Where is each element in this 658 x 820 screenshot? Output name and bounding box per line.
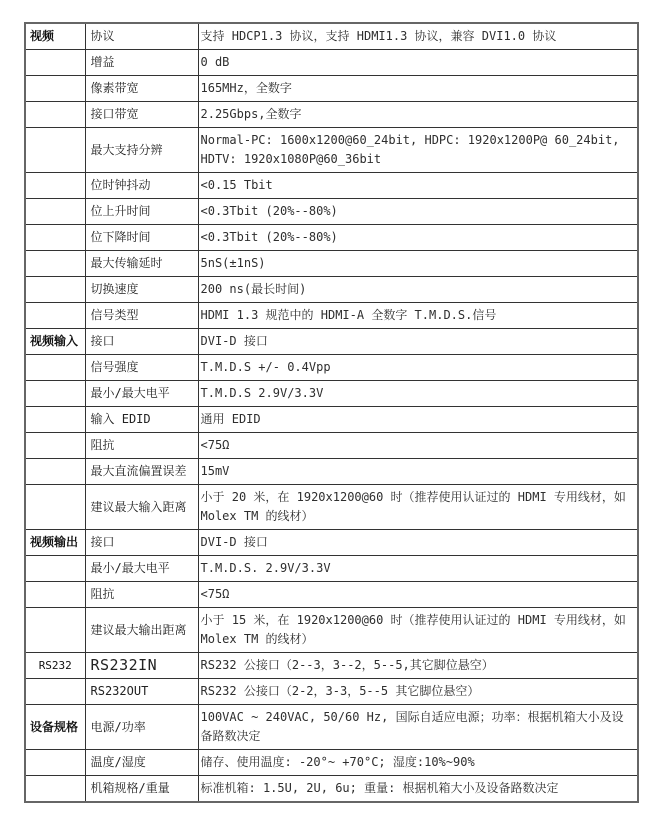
spec-row: 位上升时间 <0.3Tbit (20%--80%): [25, 199, 638, 225]
param-cell: 接口: [85, 329, 198, 355]
param-cell: 阻抗: [85, 582, 198, 608]
category-cell: 视频: [25, 23, 85, 50]
value-cell: 2.25Gbps,全数字: [198, 102, 638, 128]
spec-row: 最大支持分辨 Normal-PC: 1600x1200@60_24bit, HD…: [25, 128, 638, 173]
param-cell: 位下降时间: [85, 225, 198, 251]
spec-row: 增益 0 dB: [25, 50, 638, 76]
param-cell: 机箱规格/重量: [85, 776, 198, 803]
spec-row: 视频 协议 支持 HDCP1.3 协议，支持 HDMI1.3 协议，兼容 DVI…: [25, 23, 638, 50]
category-cell: [25, 225, 85, 251]
value-cell: RS232 公接口（2--3，3--2，5--5,其它脚位悬空）: [198, 653, 638, 679]
spec-row: RS232OUT RS232 公接口（2-2，3-3，5--5 其它脚位悬空）: [25, 679, 638, 705]
category-cell: [25, 303, 85, 329]
value-cell: 通用 EDID: [198, 407, 638, 433]
spec-row: 设备规格 电源/功率 100VAC ~ 240VAC, 50/60 Hz, 国际…: [25, 705, 638, 750]
category-cell: [25, 102, 85, 128]
param-cell: 信号类型: [85, 303, 198, 329]
category-cell: 视频输出: [25, 530, 85, 556]
category-cell: [25, 679, 85, 705]
value-cell: 200 ns(最长时间): [198, 277, 638, 303]
category-cell: [25, 173, 85, 199]
param-cell: 输入 EDID: [85, 407, 198, 433]
value-cell: <0.3Tbit (20%--80%): [198, 225, 638, 251]
value-cell: HDMI 1.3 规范中的 HDMI-A 全数字 T.M.D.S.信号: [198, 303, 638, 329]
value-cell: <0.15 Tbit: [198, 173, 638, 199]
spec-row: 最大直流偏置误差 15mV: [25, 459, 638, 485]
value-cell: 100VAC ~ 240VAC, 50/60 Hz, 国际自适应电源；功率：根据…: [198, 705, 638, 750]
category-cell: [25, 485, 85, 530]
param-cell: 最大直流偏置误差: [85, 459, 198, 485]
spec-row: 最小/最大电平 T.M.D.S 2.9V/3.3V: [25, 381, 638, 407]
param-cell: 协议: [85, 23, 198, 50]
category-cell: [25, 433, 85, 459]
value-cell: 0 dB: [198, 50, 638, 76]
param-cell: 温度/湿度: [85, 750, 198, 776]
value-cell: RS232 公接口（2-2，3-3，5--5 其它脚位悬空）: [198, 679, 638, 705]
param-cell: 像素带宽: [85, 76, 198, 102]
category-cell: [25, 355, 85, 381]
category-cell: [25, 199, 85, 225]
param-cell: 最大支持分辨: [85, 128, 198, 173]
spec-row: 最大传输延时 5nS(±1nS): [25, 251, 638, 277]
category-cell: [25, 556, 85, 582]
value-cell: Normal-PC: 1600x1200@60_24bit, HDPC: 192…: [198, 128, 638, 173]
category-cell: [25, 582, 85, 608]
spec-row: 像素带宽 165MHz，全数字: [25, 76, 638, 102]
param-cell: RS232OUT: [85, 679, 198, 705]
category-cell: [25, 251, 85, 277]
spec-row: 位下降时间 <0.3Tbit (20%--80%): [25, 225, 638, 251]
param-cell: 位时钟抖动: [85, 173, 198, 199]
param-cell: 接口: [85, 530, 198, 556]
param-cell: 增益: [85, 50, 198, 76]
category-cell: [25, 776, 85, 803]
param-cell: 建议最大输入距离: [85, 485, 198, 530]
spec-row: 最小/最大电平 T.M.D.S. 2.9V/3.3V: [25, 556, 638, 582]
spec-row: 视频输入 接口 DVI-D 接口: [25, 329, 638, 355]
category-cell: [25, 459, 85, 485]
spec-row: 建议最大输出距离 小于 15 米，在 1920x1200@60 时（推荐使用认证…: [25, 608, 638, 653]
value-cell: DVI-D 接口: [198, 530, 638, 556]
value-cell: 5nS(±1nS): [198, 251, 638, 277]
spec-row: 阻抗 <75Ω: [25, 582, 638, 608]
category-cell: [25, 608, 85, 653]
spec-row: 切换速度 200 ns(最长时间): [25, 277, 638, 303]
spec-row: 建议最大输入距离 小于 20 米，在 1920x1200@60 时（推荐使用认证…: [25, 485, 638, 530]
category-cell: [25, 381, 85, 407]
value-cell: 标准机箱: 1.5U, 2U, 6u; 重量: 根据机箱大小及设备路数决定: [198, 776, 638, 803]
category-cell: 设备规格: [25, 705, 85, 750]
spec-table-body: 视频 协议 支持 HDCP1.3 协议，支持 HDMI1.3 协议，兼容 DVI…: [25, 23, 638, 802]
value-cell: T.M.D.S. 2.9V/3.3V: [198, 556, 638, 582]
value-cell: 小于 15 米，在 1920x1200@60 时（推荐使用认证过的 HDMI 专…: [198, 608, 638, 653]
value-cell: <75Ω: [198, 433, 638, 459]
value-cell: 15mV: [198, 459, 638, 485]
spec-row: RS232 RS232IN RS232 公接口（2--3，3--2，5--5,其…: [25, 653, 638, 679]
spec-row: 位时钟抖动 <0.15 Tbit: [25, 173, 638, 199]
category-cell: [25, 407, 85, 433]
param-cell: 建议最大输出距离: [85, 608, 198, 653]
param-cell: 切换速度: [85, 277, 198, 303]
category-cell: RS232: [25, 653, 85, 679]
value-cell: <75Ω: [198, 582, 638, 608]
spec-table: 视频 协议 支持 HDCP1.3 协议，支持 HDMI1.3 协议，兼容 DVI…: [24, 22, 639, 803]
spec-row: 机箱规格/重量 标准机箱: 1.5U, 2U, 6u; 重量: 根据机箱大小及设…: [25, 776, 638, 803]
value-cell: 小于 20 米，在 1920x1200@60 时（推荐使用认证过的 HDMI 专…: [198, 485, 638, 530]
value-cell: T.M.D.S +/- 0.4Vpp: [198, 355, 638, 381]
param-cell: 最小/最大电平: [85, 556, 198, 582]
category-cell: [25, 750, 85, 776]
spec-row: 信号强度 T.M.D.S +/- 0.4Vpp: [25, 355, 638, 381]
category-cell: [25, 76, 85, 102]
param-cell: RS232IN: [85, 653, 198, 679]
param-cell: 信号强度: [85, 355, 198, 381]
param-cell: 阻抗: [85, 433, 198, 459]
spec-row: 接口带宽 2.25Gbps,全数字: [25, 102, 638, 128]
spec-row: 信号类型 HDMI 1.3 规范中的 HDMI-A 全数字 T.M.D.S.信号: [25, 303, 638, 329]
value-cell: DVI-D 接口: [198, 329, 638, 355]
value-cell: T.M.D.S 2.9V/3.3V: [198, 381, 638, 407]
spec-row: 阻抗 <75Ω: [25, 433, 638, 459]
param-cell: 最大传输延时: [85, 251, 198, 277]
value-cell: <0.3Tbit (20%--80%): [198, 199, 638, 225]
value-cell: 165MHz，全数字: [198, 76, 638, 102]
category-cell: 视频输入: [25, 329, 85, 355]
param-cell: 位上升时间: [85, 199, 198, 225]
spec-row: 温度/湿度 储存、使用温度: -20°~ +70°C; 湿度:10%~90%: [25, 750, 638, 776]
category-cell: [25, 50, 85, 76]
category-cell: [25, 128, 85, 173]
param-cell: 电源/功率: [85, 705, 198, 750]
category-cell: [25, 277, 85, 303]
value-cell: 储存、使用温度: -20°~ +70°C; 湿度:10%~90%: [198, 750, 638, 776]
spec-row: 视频输出 接口 DVI-D 接口: [25, 530, 638, 556]
spec-row: 输入 EDID 通用 EDID: [25, 407, 638, 433]
param-cell: 最小/最大电平: [85, 381, 198, 407]
value-cell: 支持 HDCP1.3 协议，支持 HDMI1.3 协议，兼容 DVI1.0 协议: [198, 23, 638, 50]
page: 视频 协议 支持 HDCP1.3 协议，支持 HDMI1.3 协议，兼容 DVI…: [0, 0, 658, 820]
param-cell: 接口带宽: [85, 102, 198, 128]
